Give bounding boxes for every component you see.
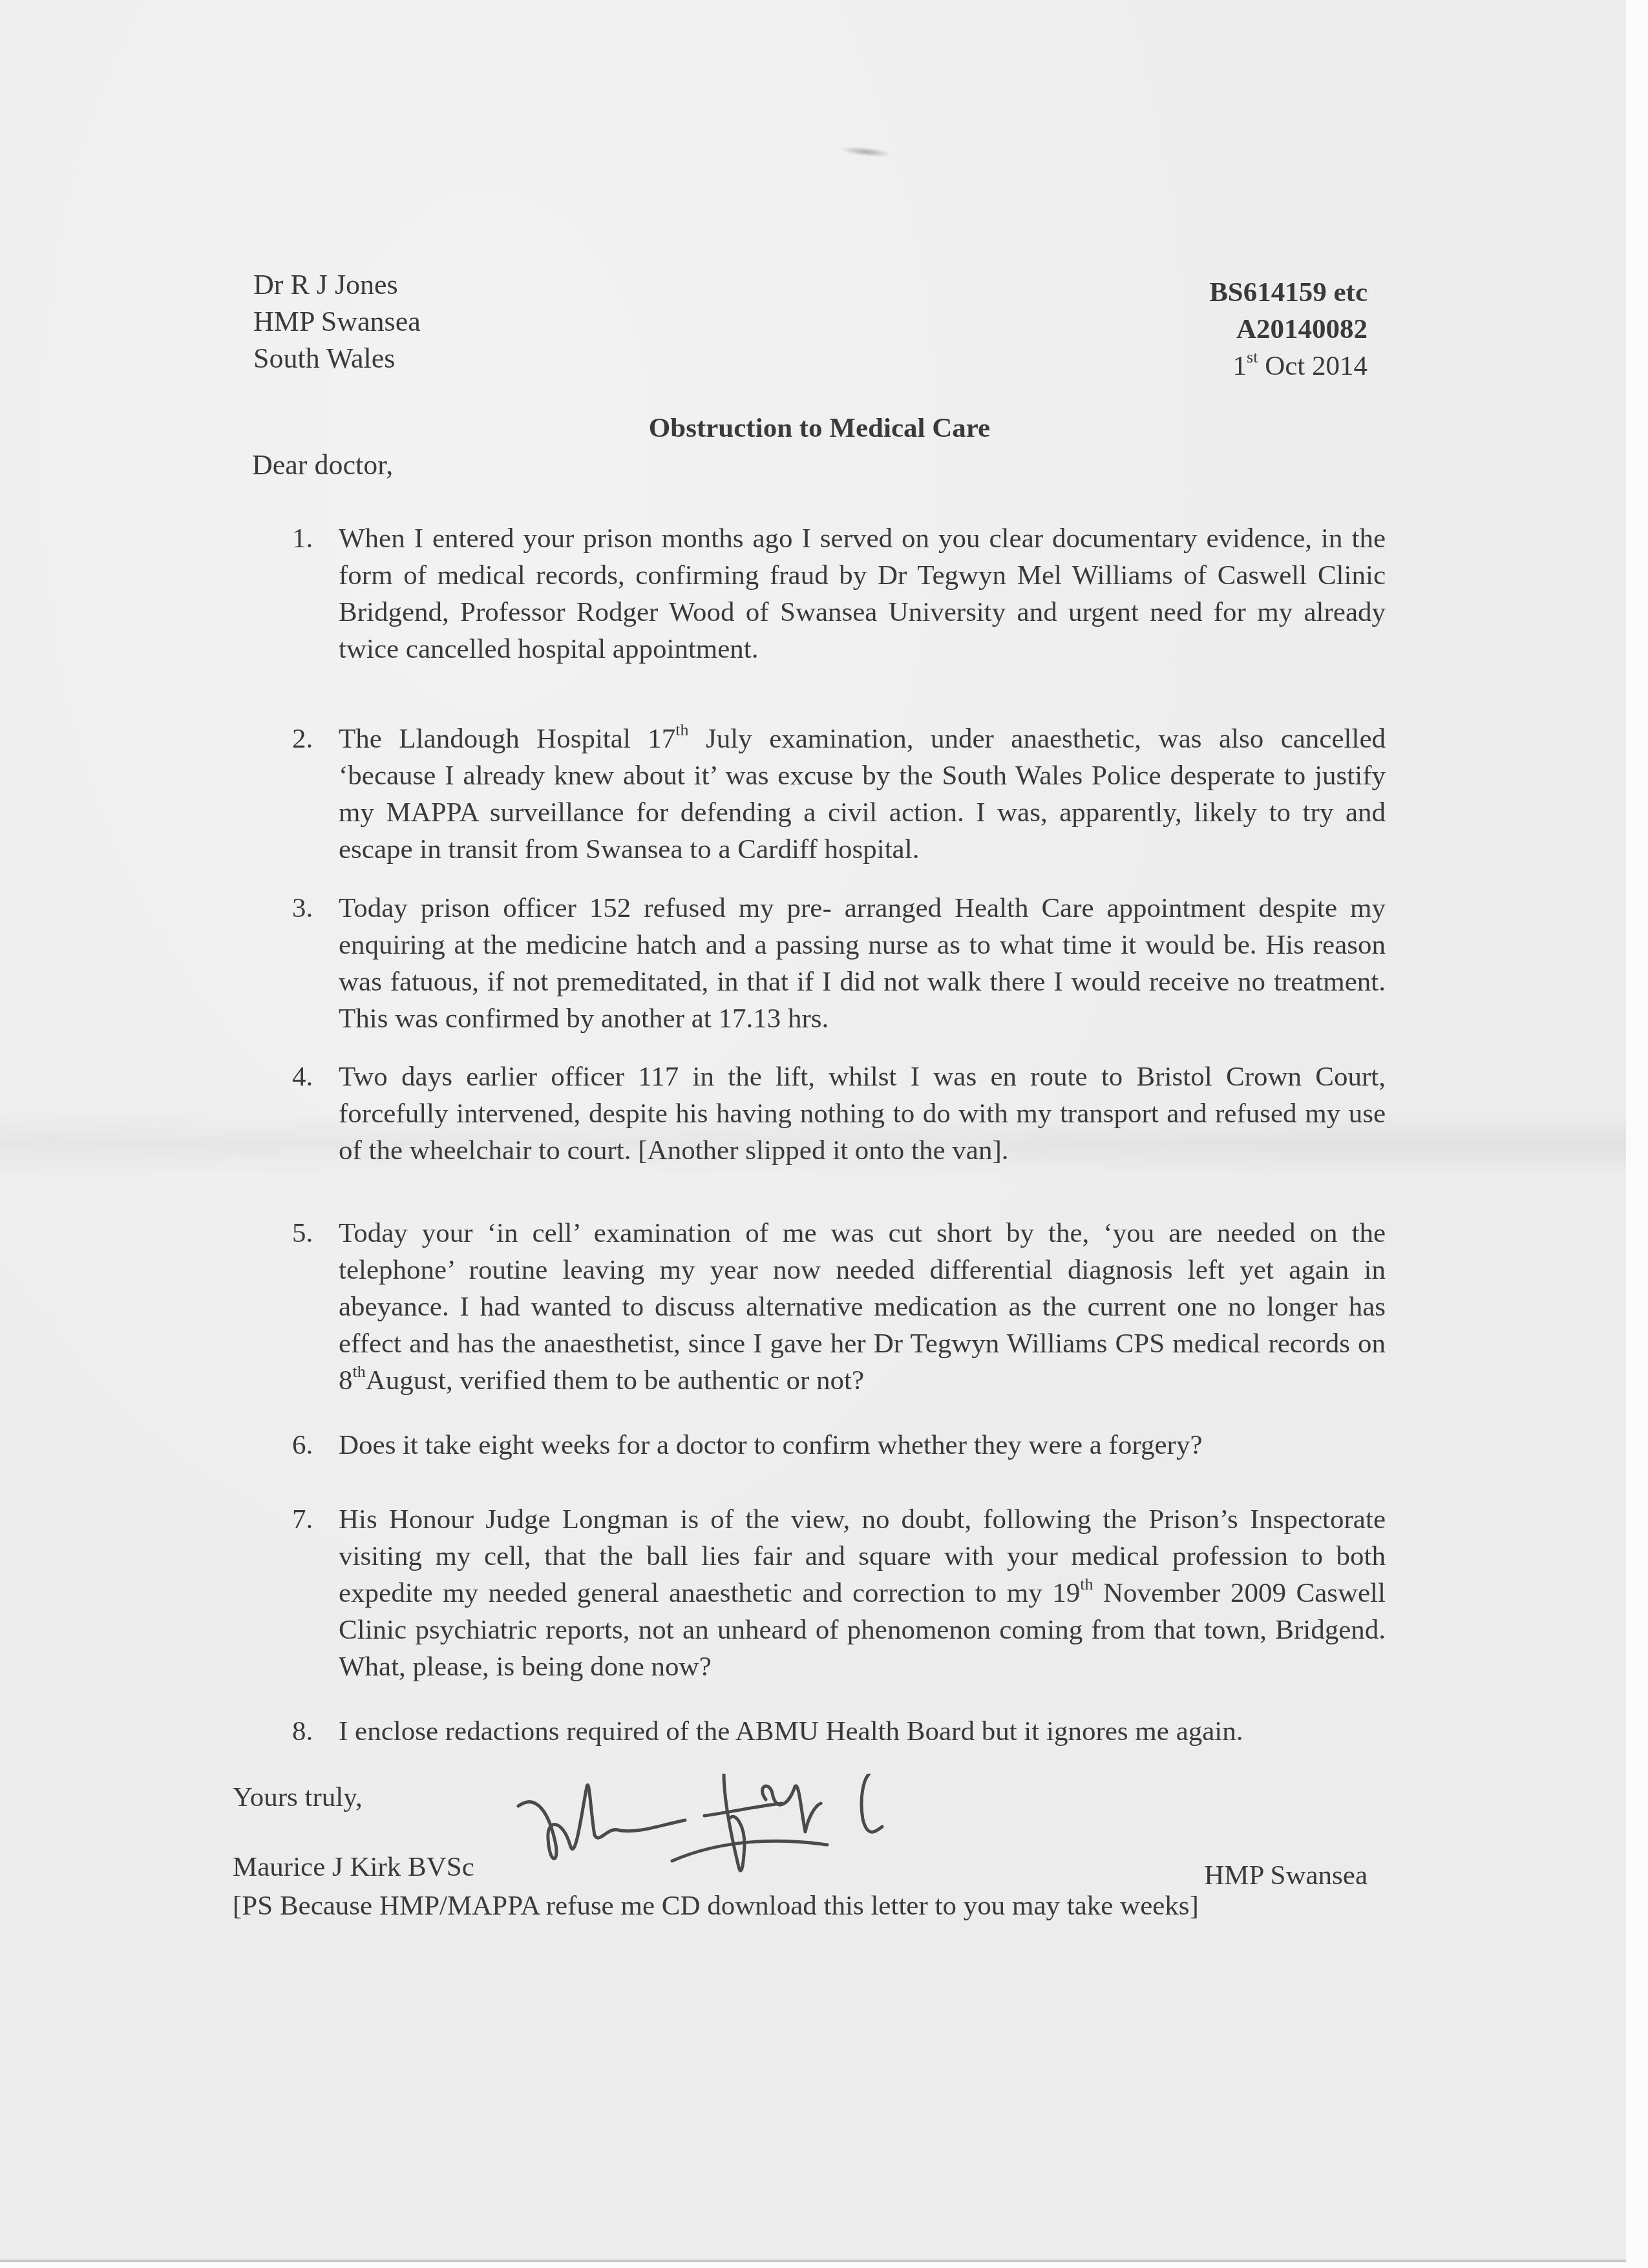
salutation: Dear doctor,: [252, 448, 393, 481]
letter-subject: Obstruction to Medical Care: [0, 412, 1626, 444]
point-2: 2. The Llandough Hospital 17th July exam…: [292, 720, 1386, 868]
point-5: 5. Today your ‘in cell’ examination of m…: [292, 1215, 1386, 1399]
recipient-institution: HMP Swansea: [253, 303, 421, 340]
reference-number-2: A20140082: [1209, 311, 1368, 348]
signer-name: Maurice J Kirk BVSc: [233, 1851, 474, 1883]
recipient-region: South Wales: [253, 340, 421, 377]
reference-number-1: BS614159 etc: [1209, 274, 1368, 311]
point-7: 7. His Honour Judge Longman is of the vi…: [292, 1501, 1386, 1685]
paper-smudge: [840, 145, 892, 159]
signer-location: HMP Swansea: [1204, 1860, 1368, 1891]
postscript: [PS Because HMP/MAPPA refuse me CD downl…: [233, 1890, 1199, 1922]
point-8: 8. I enclose redactions required of the …: [292, 1713, 1386, 1750]
reference-block: BS614159 etc A20140082 1st Oct 2014: [1209, 274, 1368, 384]
point-6: 6. Does it take eight weeks for a doctor…: [292, 1427, 1386, 1464]
scanned-letter-page: Dr R J Jones HMP Swansea South Wales BS6…: [0, 0, 1626, 2262]
point-4: 4. Two days earlier officer 117 in the l…: [292, 1058, 1386, 1169]
letter-date: 1st Oct 2014: [1209, 348, 1368, 384]
closing: Yours truly,: [233, 1781, 363, 1813]
handwritten-signature-icon: [511, 1774, 1092, 1890]
point-3: 3. Today prison officer 152 refused my p…: [292, 890, 1386, 1037]
recipient-address: Dr R J Jones HMP Swansea South Wales: [253, 266, 421, 377]
recipient-name: Dr R J Jones: [253, 266, 421, 303]
point-1: 1. When I entered your prison months ago…: [292, 520, 1386, 667]
